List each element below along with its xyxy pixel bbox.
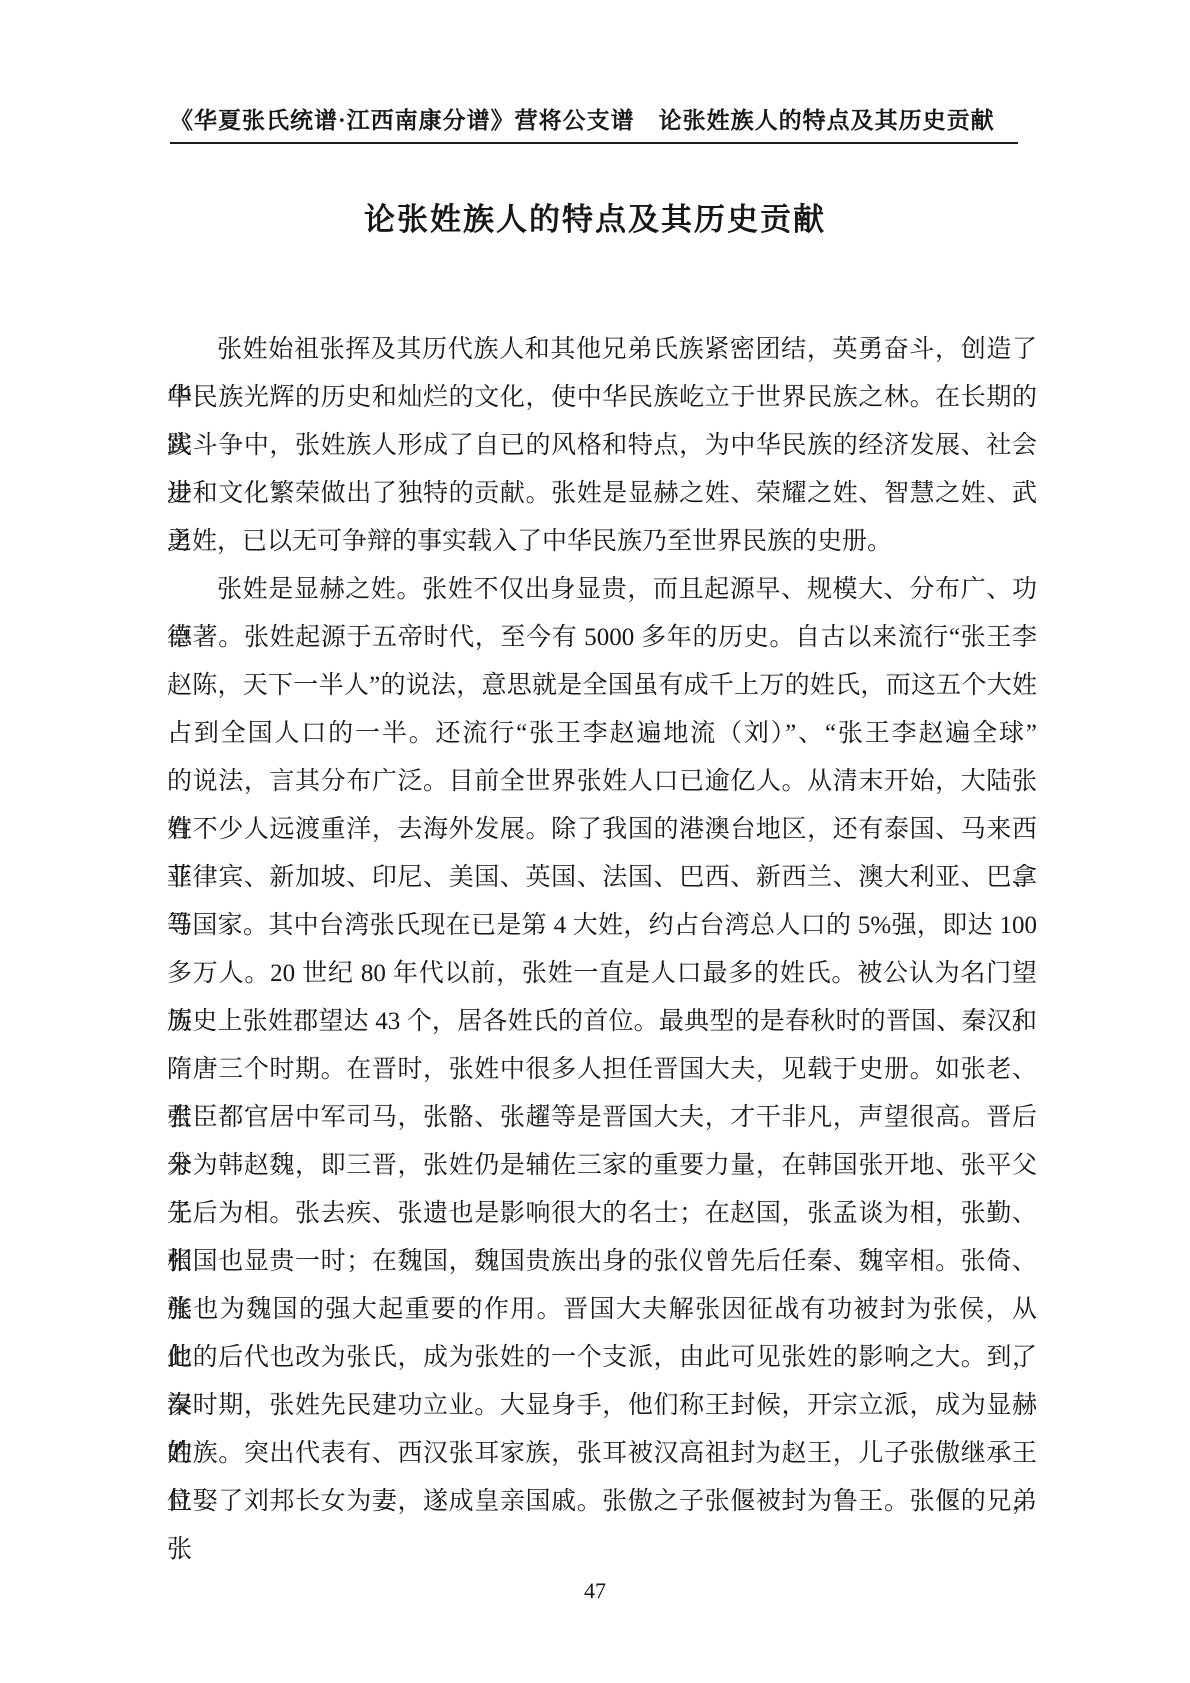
text-line: 君臣都官居中军司马，张骼、张趯等是晋国大夫，才干非凡，声望很高。晋后来	[167, 1094, 1037, 1142]
page-title: 论张姓族人的特点及其历史贡献	[0, 194, 1190, 239]
text-line: 等国家。其中台湾张氏现在已是第 4 大姓，约占台湾总人口的 5%强，即达 100	[167, 902, 1037, 950]
body-text: 张姓始祖张挥及其历代族人和其他兄弟氏族紧密团结，英勇奋斗，创造了中华民族光辉的历…	[167, 326, 1037, 1526]
text-line: 的说法，言其分布广泛。目前全世界张姓人口已逾亿人。从清末开始，大陆张姓	[167, 758, 1037, 806]
text-line: 华民族光辉的历史和灿烂的文化，使中华民族屹立于世界民族之林。在长期的实	[167, 374, 1037, 422]
text-line: 菲律宾、新加坡、印尼、美国、英国、法国、巴西、新西兰、澳大利亚、巴拿马	[167, 854, 1037, 902]
text-line: 有不少人远渡重洋，去海外发展。除了我国的港澳台地区，还有泰国、马来西亚、	[167, 806, 1037, 854]
text-line: 且娶了刘邦长女为妻，遂成皇亲国戚。张傲之子张偃被封为鲁王。张偃的兄弟张	[167, 1478, 1037, 1526]
text-line: 相国也显贵一时；在魏国，魏国贵族出身的张仪曾先后任秦、魏宰相。张倚、张	[167, 1238, 1037, 1286]
text-line: 张姓是显赫之姓。张姓不仅出身显贵，而且起源早、规模大、分布广、功德	[167, 566, 1037, 614]
text-line: 他的后代也改为张氏，成为张姓的一个支派，由此可见张姓的影响之大。到了秦	[167, 1334, 1037, 1382]
text-line: 旄也为魏国的强大起重要的作用。晋国大夫解张因征战有功被封为张侯，从此，	[167, 1286, 1037, 1334]
text-line: 姓族。突出代表有、西汉张耳家族，张耳被汉高祖封为赵王，儿子张傲继承王位，	[167, 1430, 1037, 1478]
document-page: 《华夏张氏统谱·江西南康分谱》营将公支谱 论张姓族人的特点及其历史贡献 论张姓族…	[0, 0, 1190, 1683]
text-line: 之姓，已以无可争辩的事实载入了中华民族乃至世界民族的史册。	[167, 518, 1037, 566]
text-line: 先后为相。张去疾、张遗也是影响很大的名士；在赵国，张孟谈为相，张勤、张	[167, 1190, 1037, 1238]
text-line: 赵陈，天下一半人”的说法，意思就是全国虽有成千上万的姓氏，而这五个大姓	[167, 662, 1037, 710]
text-line: 张姓始祖张挥及其历代族人和其他兄弟氏族紧密团结，英勇奋斗，创造了中	[167, 326, 1037, 374]
text-line: 分为韩赵魏，即三晋，张姓仍是辅佐三家的重要力量，在韩国张开地、张平父子	[167, 1142, 1037, 1190]
text-line: 汉时期，张姓先民建功立业。大显身手，他们称王封候，开宗立派，成为显赫的	[167, 1382, 1037, 1430]
text-line: 多万人。20 世纪 80 年代以前，张姓一直是人口最多的姓氏。被公认为名门望族。	[167, 950, 1037, 998]
text-line: 步和文化繁荣做出了独特的贡献。张姓是显赫之姓、荣耀之姓、智慧之姓、武勇	[167, 470, 1037, 518]
text-line: 卓著。张姓起源于五帝时代，至今有 5000 多年的历史。自古以来流行“张王李	[167, 614, 1037, 662]
text-line: 占到全国人口的一半。还流行“张王李赵遍地流（刘）”、“张王李赵遍全球”	[167, 710, 1037, 758]
text-line: 隋唐三个时期。在晋时，张姓中很多人担任晋国大夫，见载于史册。如张老、张	[167, 1046, 1037, 1094]
page-number: 47	[0, 1578, 1190, 1604]
text-line: 历史上张姓郡望达 43 个，居各姓氏的首位。最典型的是春秋时的晋国、秦汉和	[167, 998, 1037, 1046]
text-line: 践斗争中，张姓族人形成了自已的风格和特点，为中华民族的经济发展、社会进	[167, 422, 1037, 470]
running-header: 《华夏张氏统谱·江西南康分谱》营将公支谱 论张姓族人的特点及其历史贡献	[170, 102, 1018, 144]
